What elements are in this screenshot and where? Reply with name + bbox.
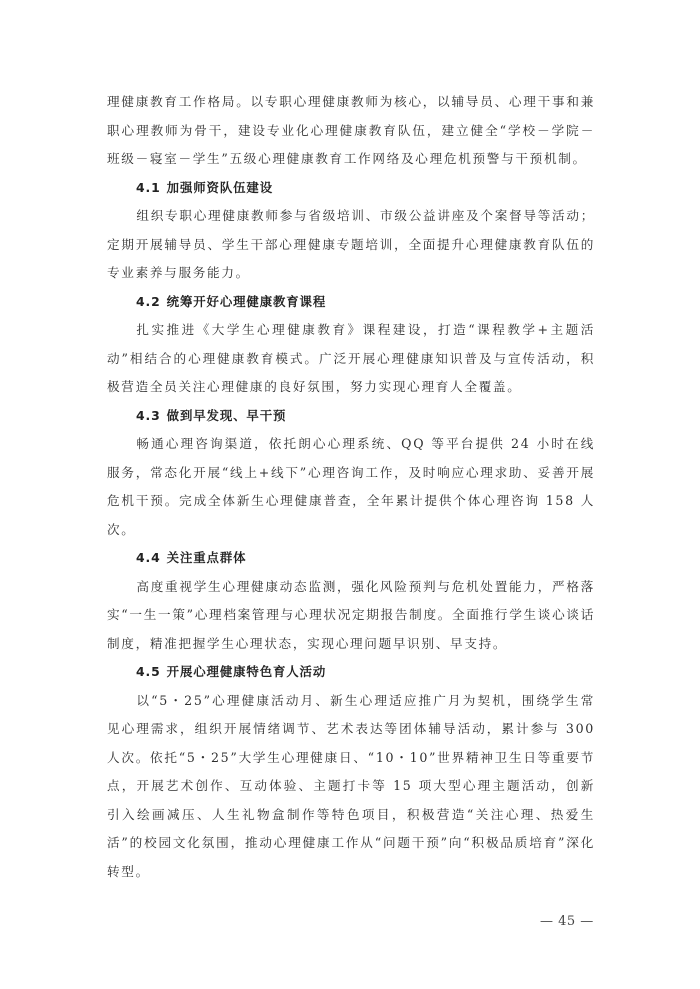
section-title: 关注重点群体 <box>167 550 247 565</box>
section-title: 做到早发现、早干预 <box>167 408 287 423</box>
section-heading-4-4: 4.4关注重点群体 <box>107 544 595 573</box>
section-heading-4-2: 4.2统筹开好心理健康教育课程 <box>107 288 595 317</box>
section-title: 统筹开好心理健康教育课程 <box>167 294 327 309</box>
section-number: 4.3 <box>136 408 161 423</box>
section-body-4-1: 组织专职心理健康教师参与省级培训、市级公益讲座及个案督导等活动；定期开展辅导员、… <box>107 202 595 288</box>
section-body-4-5: 以“5・25”心理健康活动月、新生心理适应推广月为契机，围绕学生常见心理需求，组… <box>107 687 595 887</box>
section-title: 加强师资队伍建设 <box>167 180 273 195</box>
section-number: 4.2 <box>136 294 161 309</box>
section-heading-4-3: 4.3做到早发现、早干预 <box>107 402 595 431</box>
document-page: 理健康教育工作格局。以专职心理健康教师为核心，以辅导员、心理干事和兼职心理教师为… <box>0 0 700 989</box>
page-content: 理健康教育工作格局。以专职心理健康教师为核心，以辅导员、心理干事和兼职心理教师为… <box>107 88 595 886</box>
intro-paragraph: 理健康教育工作格局。以专职心理健康教师为核心，以辅导员、心理干事和兼职心理教师为… <box>107 88 595 174</box>
section-heading-4-1: 4.1加强师资队伍建设 <box>107 174 595 203</box>
section-number: 4.1 <box>136 180 161 195</box>
section-body-4-4: 高度重视学生心理健康动态监测，强化风险预判与危机处置能力，严格落实“一生一策”心… <box>107 573 595 659</box>
page-number: — 45 — <box>540 914 594 929</box>
section-heading-4-5: 4.5开展心理健康特色育人活动 <box>107 658 595 687</box>
section-number: 4.5 <box>136 664 161 679</box>
section-number: 4.4 <box>136 550 161 565</box>
section-body-4-2: 扎实推进《大学生心理健康教育》课程建设，打造“课程教学+主题活动”相结合的心理健… <box>107 316 595 402</box>
section-body-4-3: 畅通心理咨询渠道，依托朗心心理系统、QQ 等平台提供 24 小时在线服务，常态化… <box>107 430 595 544</box>
section-title: 开展心理健康特色育人活动 <box>167 664 327 679</box>
